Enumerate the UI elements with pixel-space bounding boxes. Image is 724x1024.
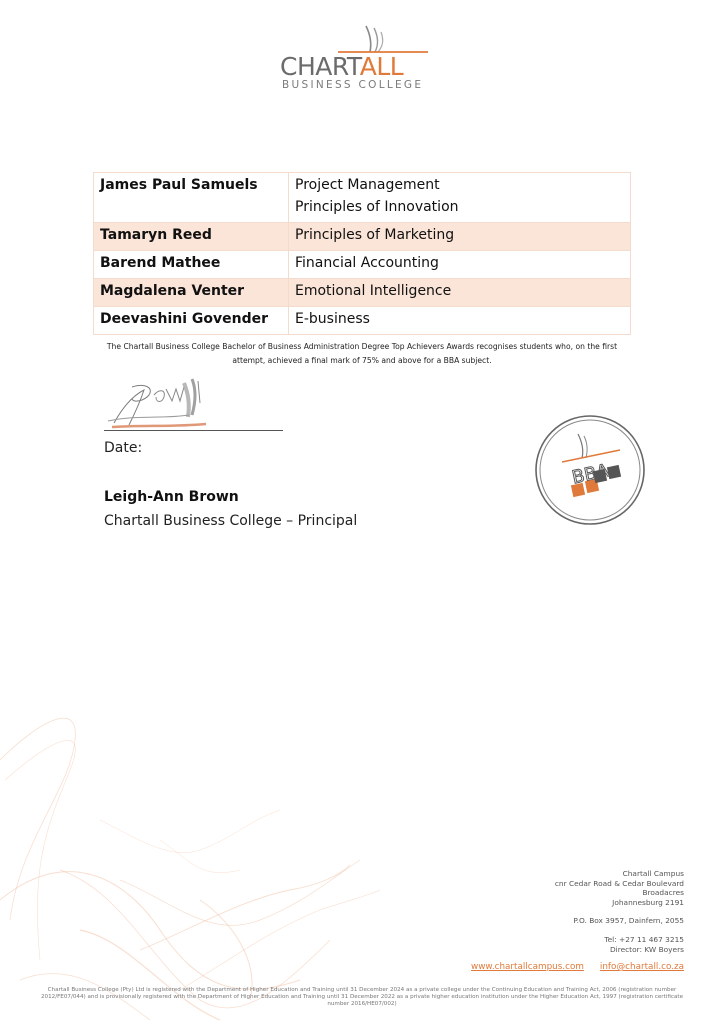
contact-details: Chartall Campus cnr Cedar Road & Cedar B…	[555, 869, 684, 954]
certificate-page: CHARTALL BUSINESS COLLEGE James Paul Sam…	[0, 0, 724, 1024]
date-label: Date:	[104, 440, 142, 456]
table-row: Magdalena VenterEmotional Intelligence	[94, 279, 631, 307]
table-row: Barend MatheeFinancial Accounting	[94, 251, 631, 279]
decorative-swirl-background	[0, 700, 420, 1024]
signer-name: Leigh-Ann Brown	[104, 489, 239, 505]
website-link[interactable]: www.chartallcampus.com	[471, 962, 584, 972]
logo-subtitle: BUSINESS COLLEGE	[282, 79, 423, 91]
email-link[interactable]: info@chartall.co.za	[600, 962, 684, 972]
subject-name: Project Management	[295, 175, 624, 197]
awards-description: The Chartall Business College Bachelor o…	[104, 340, 620, 368]
city: Johannesburg 2191	[555, 898, 684, 908]
subject-list: Principles of Marketing	[289, 223, 631, 251]
po-box: P.O. Box 3957, Dainfern, 2055	[555, 916, 684, 926]
signature-line	[104, 430, 283, 431]
subject-name: Emotional Intelligence	[295, 281, 624, 303]
subject-name: Financial Accounting	[295, 253, 624, 275]
street-address: cnr Cedar Road & Cedar Boulevard	[555, 879, 684, 889]
subject-name: Principles of Innovation	[295, 197, 624, 219]
student-name: Deevashini Govender	[94, 307, 289, 335]
student-name: James Paul Samuels	[94, 173, 289, 223]
contact-links: www.chartallcampus.cominfo@chartall.co.z…	[455, 962, 684, 972]
table-row: James Paul SamuelsProject ManagementPrin…	[94, 173, 631, 223]
director: Director: KW Boyers	[555, 945, 684, 955]
chartall-logo: CHARTALL BUSINESS COLLEGE	[278, 24, 448, 90]
top-achievers-table: James Paul SamuelsProject ManagementPrin…	[93, 172, 631, 335]
legal-registration-notice: Chartall Business College (Pty) Ltd is r…	[40, 987, 684, 1008]
student-name: Magdalena Venter	[94, 279, 289, 307]
subject-name: Principles of Marketing	[295, 225, 624, 247]
subject-list: Project ManagementPrinciples of Innovati…	[289, 173, 631, 223]
bba-seal-icon: BBA	[532, 412, 648, 528]
subject-list: Financial Accounting	[289, 251, 631, 279]
student-name: Tamaryn Reed	[94, 223, 289, 251]
telephone: Tel: +27 11 467 3215	[555, 935, 684, 945]
student-name: Barend Mathee	[94, 251, 289, 279]
campus-name: Chartall Campus	[555, 869, 684, 879]
subject-list: Emotional Intelligence	[289, 279, 631, 307]
logo-wordmark: CHARTALL	[280, 52, 403, 81]
suburb: Broadacres	[555, 888, 684, 898]
table-row: Tamaryn ReedPrinciples of Marketing	[94, 223, 631, 251]
subject-name: E-business	[295, 309, 624, 331]
signature-image	[104, 375, 284, 435]
subject-list: E-business	[289, 307, 631, 335]
table-row: Deevashini GovenderE-business	[94, 307, 631, 335]
signer-role: Chartall Business College – Principal	[104, 513, 357, 529]
